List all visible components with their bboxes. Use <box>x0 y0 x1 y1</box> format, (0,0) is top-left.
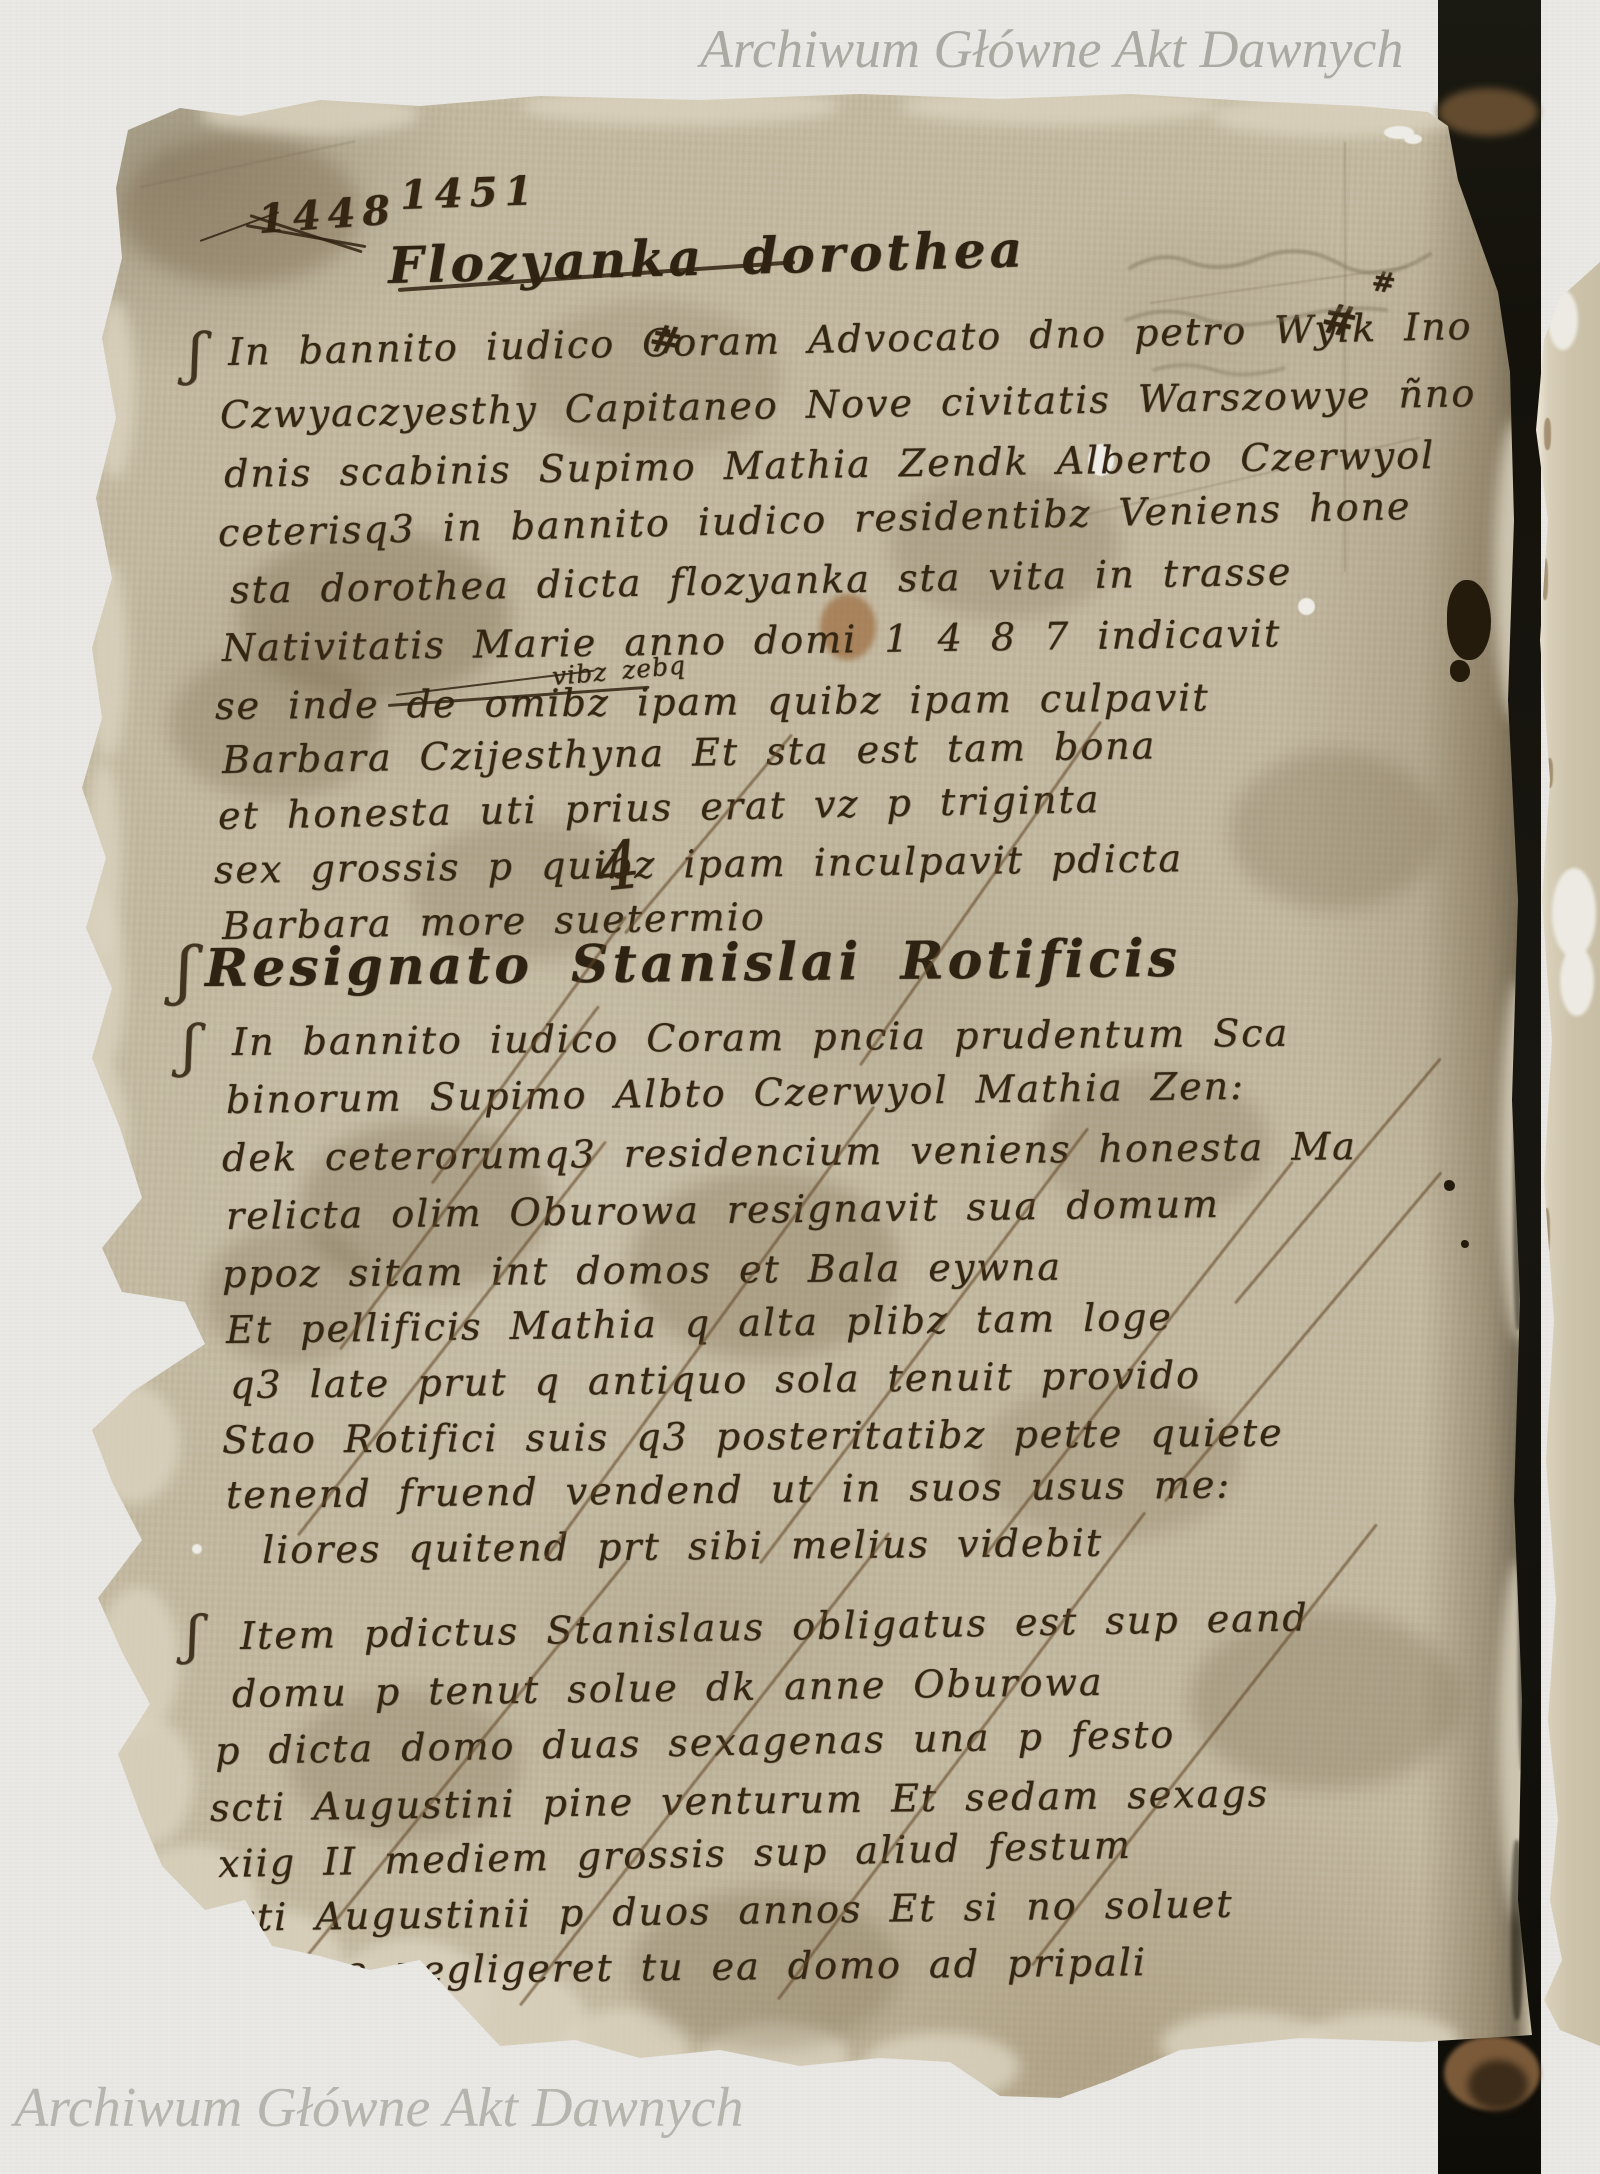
manuscript-line: xiig II mediem grossis sup aliud festum <box>218 1823 1133 1886</box>
manuscript-line: sta dorothea dicta flozyanka sta vita in… <box>230 549 1293 612</box>
manuscript-line: ppoz sitam int domos et Bala eywna <box>222 1245 1062 1296</box>
edge-speckle <box>1544 418 1551 450</box>
cancellation-stroke <box>1234 1057 1442 1304</box>
manuscript-line: Nativitatis Marie anno domi 1 4 8 7 indi… <box>222 611 1282 670</box>
flourish-mark: 4 <box>594 826 646 907</box>
edge-speckle <box>1542 558 1548 600</box>
manuscript-line: binorum Supimo Albto Czerwyol Mathia Zen… <box>226 1064 1245 1122</box>
pencil-smudge <box>150 76 224 100</box>
cancellation-stroke <box>519 1532 891 2007</box>
archive-watermark-bottom: Archiwum Główne Akt Dawnych <box>14 2076 743 2140</box>
paragraph-mark: ʃ <box>186 1606 202 1666</box>
paragraph-mark: ʃ <box>188 322 205 387</box>
manuscript-line: Item pdictus Stanislaus obligatus est su… <box>240 1595 1309 1658</box>
manuscript-line: et honesta uti prius erat vz p triginta <box>218 777 1101 838</box>
manuscript-line: dek ceterorumq3 residencium veniens hone… <box>222 1124 1357 1180</box>
edge-speckle <box>1546 758 1553 788</box>
binding-leather-shadow <box>1468 2060 1528 2110</box>
manuscript-line: p dicta domo duas sexagenas una p festo <box>215 1712 1176 1773</box>
archival-scan: 1448 1451 Flozyanka dorothea ʃ In bannit… <box>0 0 1600 2174</box>
bleedthrough-ghost-writing <box>1120 220 1450 390</box>
year-annotation: 1451 <box>399 167 540 219</box>
manuscript-line: In bannito iudico Coram pncia prudentum … <box>232 1011 1290 1064</box>
edge-speckle <box>1543 1208 1550 1254</box>
edge-speckle <box>1542 1060 1548 1090</box>
manuscript-line: se inde de omibz ipam quibz ipam culpavi… <box>215 675 1210 728</box>
manuscript-line: liores quitend prt sibi melius videbit <box>262 1521 1103 1572</box>
white-patch <box>1560 946 1594 1016</box>
manuscript-line: domu p tenut solue dk anne Oburowa <box>232 1660 1104 1716</box>
paragraph-mark: ʃ <box>176 934 195 1008</box>
edge-speckle <box>1545 1608 1551 1640</box>
paragraph-mark: ʃ <box>182 1014 199 1079</box>
year-annotation-struck: 1448 <box>256 186 398 243</box>
manuscript-line: a solue negligeret tu ea domo ad pripali <box>205 1940 1147 1994</box>
manuscript-line: q3 late prut q antiquo sola tenuit provi… <box>230 1353 1201 1407</box>
manuscript-line: Barbara Czijesthyna Et sta est tam bona <box>222 723 1157 782</box>
manuscript-line: scti Augustinii p duos annos Et si no so… <box>212 1882 1234 1940</box>
manuscript-line: scti Augustini pine venturum Et sedam se… <box>210 1771 1270 1830</box>
edge-speckle <box>1544 1858 1551 1896</box>
white-patch <box>1552 868 1596 958</box>
paper-fleck <box>60 903 78 945</box>
manuscript-line: Stao Rotifici suis q3 posteritatibz pett… <box>222 1411 1284 1462</box>
entry2-heading: Resignato Stanislai Rotificis <box>205 928 1181 999</box>
manuscript-line: relicta olim Oburowa resignavit sua domu… <box>226 1182 1220 1238</box>
manuscript-line: ceterisq3 in bannito iudico residentibz … <box>218 484 1412 555</box>
binding-fiber-patch <box>1438 88 1538 136</box>
manuscript-text: 1448 1451 Flozyanka dorothea ʃ In bannit… <box>0 0 1600 2174</box>
white-patch <box>1548 290 1578 350</box>
manuscript-line: tenend fruend vendend ut in suos usus me… <box>226 1462 1232 1517</box>
archive-watermark-top: Archiwum Główne Akt Dawnych <box>700 18 1403 80</box>
